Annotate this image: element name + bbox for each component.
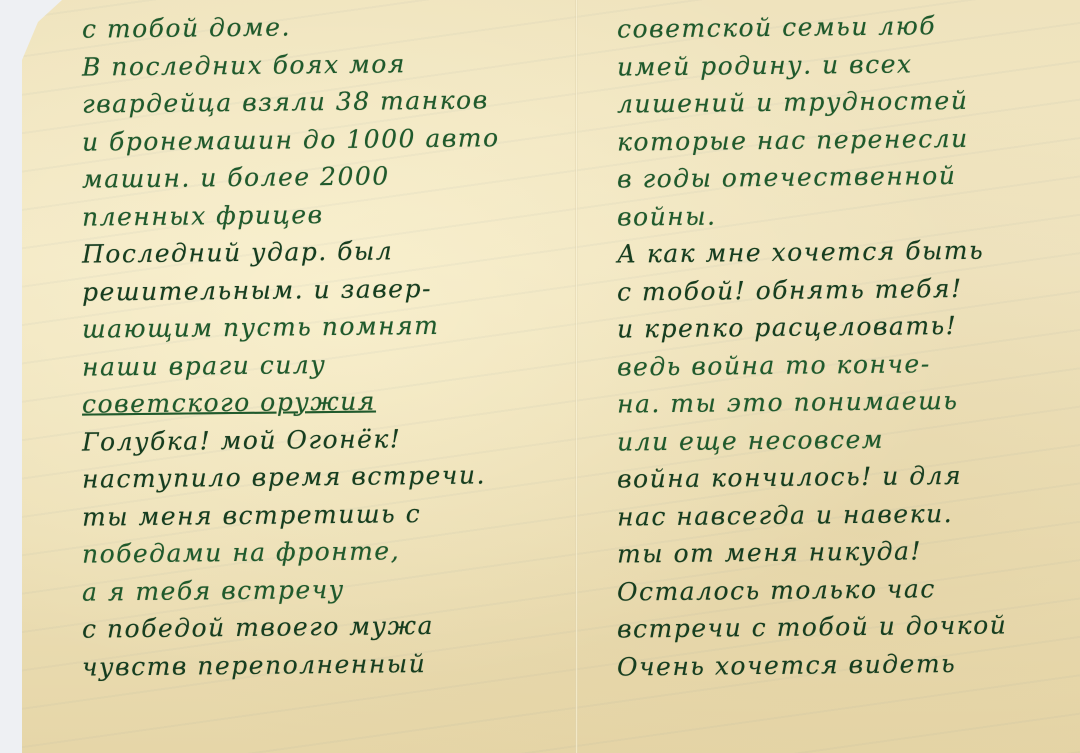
- text-line: решительным. и завер-: [82, 268, 582, 311]
- text-line: шающим пусть помнят: [82, 305, 582, 348]
- text-line: с победой твоего мужа: [82, 605, 582, 648]
- text-line: на. ты это понимаешь: [617, 380, 1080, 423]
- text-line: Голубка! мой Огонёк!: [82, 418, 582, 461]
- text-line: А как мне хочется быть: [617, 230, 1080, 273]
- text-line: ведь война то конче-: [617, 343, 1080, 386]
- letter-page: с тобой доме. В последних боях моя гвард…: [22, 0, 1080, 753]
- text-line: гвардейца взяли 38 танков: [82, 80, 582, 123]
- text-line: советского оружия: [82, 380, 582, 423]
- text-line: лишений и трудностей: [617, 80, 1080, 123]
- right-column-text: советской семьи люб имей родину. и всех …: [617, 8, 1080, 683]
- text-line: с тобой! обнять тебя!: [617, 268, 1080, 311]
- left-column-text: с тобой доме. В последних боях моя гвард…: [82, 8, 582, 683]
- text-line: пленных фрицев: [82, 193, 582, 236]
- text-line: с тобой доме.: [82, 5, 582, 48]
- text-line: наши враги силу: [82, 343, 582, 386]
- text-line: Осталось только час: [617, 568, 1080, 611]
- text-line: советской семьи люб: [617, 5, 1080, 48]
- text-line: или еще несовсем: [617, 418, 1080, 461]
- text-line: в годы отечественной: [617, 155, 1080, 198]
- text-line: В последних боях моя: [82, 43, 582, 86]
- text-line: победами на фронте,: [82, 530, 582, 573]
- text-line: и крепко расцеловать!: [617, 305, 1080, 348]
- text-line: войны.: [617, 193, 1080, 236]
- text-line: ты от меня никуда!: [617, 530, 1080, 573]
- text-line: Очень хочется видеть: [617, 643, 1080, 686]
- text-line: встречи с тобой и дочкой: [617, 605, 1080, 648]
- text-line: нас навсегда и навеки.: [617, 493, 1080, 536]
- text-line: чувств переполненный: [82, 643, 582, 686]
- text-line: война кончилось! и для: [617, 455, 1080, 498]
- text-line: имей родину. и всех: [617, 43, 1080, 86]
- text-line: Последний удар. был: [82, 230, 582, 273]
- text-line: наступило время встречи.: [82, 455, 582, 498]
- text-line: и бронемашин до 1000 авто: [82, 118, 582, 161]
- text-line: машин. и более 2000: [82, 155, 582, 198]
- text-line: а я тебя встречу: [82, 568, 582, 611]
- text-line: ты меня встретишь с: [82, 493, 582, 536]
- text-line: которые нас перенесли: [617, 118, 1080, 161]
